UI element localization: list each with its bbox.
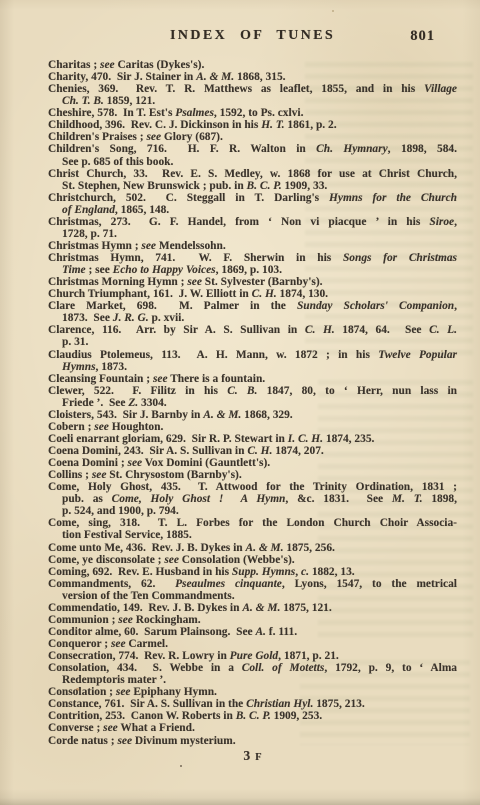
index-entry-line: Collins ; see St. Chrysostom (Barnby's). bbox=[48, 469, 457, 481]
index-entry: Communion ; see Rockingham. bbox=[48, 614, 457, 626]
index-entry-line: Corde natus ; see Divinum mysterium. bbox=[48, 735, 457, 747]
paper-speck bbox=[180, 765, 182, 767]
index-entry: Charity, 470. Sir J. Stainer in A. & M. … bbox=[48, 71, 457, 83]
index-entry-line: Church Triumphant, 161. J. W. Elliott in… bbox=[48, 288, 457, 300]
index-entry-line: Commandments, 62. Pseaulmes cinquante, L… bbox=[48, 578, 457, 590]
index-entry-line: Charity, 470. Sir J. Stainer in A. & M. … bbox=[48, 71, 457, 83]
index-entry: Contrition, 253. Canon W. Roberts in B. … bbox=[48, 710, 457, 722]
index-entry-line: Come, ye disconsolate ; see Consolation … bbox=[48, 554, 457, 566]
index-entry-line: Coeli enarrant gloriam, 629. Sir R. P. S… bbox=[48, 433, 457, 445]
index-entry-line: Cleansing Fountain ; see There is a foun… bbox=[48, 373, 457, 385]
index-entry-line: See p. 685 of this book. bbox=[48, 156, 457, 168]
index-entry: Conditor alme, 60. Sarum Plainsong. See … bbox=[48, 626, 457, 638]
index-entry-line: Conqueror ; see Carmel. bbox=[48, 638, 457, 650]
index-entry: Charitas ; see Caritas (Dykes's). bbox=[48, 59, 457, 71]
index-entry: Christmas, 273. G. F. Handel, from ‘ Non… bbox=[48, 216, 457, 240]
index-entry-line: Friede ’. See Z. 3304. bbox=[48, 397, 457, 409]
index-entry: Corde natus ; see Divinum mysterium. bbox=[48, 735, 457, 747]
index-entry-line: Constance, 761. Sir A. S. Sullivan in th… bbox=[48, 698, 457, 710]
index-entry-line: Consolation, 434. S. Webbe in a Coll. of… bbox=[48, 662, 457, 674]
index-entry-line: Christmas, 273. G. F. Handel, from ‘ Non… bbox=[48, 216, 457, 228]
index-entry: Come unto Me, 436. Rev. J. B. Dykes in A… bbox=[48, 542, 457, 554]
index-entry: Christchurch, 502. C. Steggall in T. Dar… bbox=[48, 192, 457, 216]
index-entry: Collins ; see St. Chrysostom (Barnby's). bbox=[48, 469, 457, 481]
index-entry-line: Cloisters, 543. Sir J. Barnby in A. & M.… bbox=[48, 409, 457, 421]
index-entry: Come, sing, 318. T. L. Forbes for the Lo… bbox=[48, 517, 457, 541]
index-entry: Chenies, 369. Rev. T. R. Matthews as lea… bbox=[48, 83, 457, 107]
index-entry-line: Childhood, 396. Rev. C. J. Dickinson in … bbox=[48, 119, 457, 131]
index-entry-line: Coena Domini ; see Vox Domini (Gauntlett… bbox=[48, 457, 457, 469]
index-entry-line: Time ; see Echo to Happy Voices, 1869, p… bbox=[48, 264, 457, 276]
index-entry-line: of England, 1865, 148. bbox=[48, 204, 457, 216]
index-entry: Children's Song, 716. H. F. R. Walton in… bbox=[48, 143, 457, 167]
index-entry-line: tion Festival Service, 1885. bbox=[48, 529, 457, 541]
index-entry-line: Children's Praises ; see Glory (687). bbox=[48, 131, 457, 143]
index-entry-line: pub. as Come, Holy Ghost ! A Hymn, &c. 1… bbox=[48, 493, 457, 505]
index-entry-line: St. Stephen, New Brunswick ; pub. in B. … bbox=[48, 180, 457, 192]
index-entry-line: Charitas ; see Caritas (Dykes's). bbox=[48, 59, 457, 71]
page-number: 801 bbox=[410, 28, 435, 45]
index-entry: Constance, 761. Sir A. S. Sullivan in th… bbox=[48, 698, 457, 710]
signature-letter: F bbox=[255, 752, 261, 763]
paper-speck bbox=[332, 10, 334, 12]
index-entry-line: Coena Domini, 243. Sir A. S. Sullivan in… bbox=[48, 445, 457, 457]
index-entry: Childhood, 396. Rev. C. J. Dickinson in … bbox=[48, 119, 457, 131]
index-entry: Christmas Hymn ; see Mendelssohn. bbox=[48, 240, 457, 252]
index-entry-line: Communion ; see Rockingham. bbox=[48, 614, 457, 626]
index-entry-line: Consolation ; see Epiphany Hymn. bbox=[48, 686, 457, 698]
page-content: INDEX OF TUNES 801 Charitas ; see Carita… bbox=[48, 28, 457, 58]
index-entry-line: Clewer, 522. F. Filitz in his C. B. 1847… bbox=[48, 385, 457, 397]
index-entry-line: version of the Ten Commandments. bbox=[48, 590, 457, 602]
index-entry: Christmas Morning Hymn ; see St. Sylvest… bbox=[48, 276, 457, 288]
index-entry-line: Christmas Morning Hymn ; see St. Sylvest… bbox=[48, 276, 457, 288]
index-entry: Cleansing Fountain ; see There is a foun… bbox=[48, 373, 457, 385]
index-list: Charitas ; see Caritas (Dykes's).Charity… bbox=[48, 59, 457, 747]
index-entry-line: Christchurch, 502. C. Steggall in T. Dar… bbox=[48, 192, 457, 204]
index-entry-line: Ch. T. B. 1859, 121. bbox=[48, 95, 457, 107]
index-entry: Cheshire, 578. In T. Est's Psalmes, 1592… bbox=[48, 107, 457, 119]
index-entry-line: 1728, p. 71. bbox=[48, 228, 457, 240]
signature-number: 3 bbox=[243, 748, 250, 763]
index-entry-line: Christ Church, 33. Rev. E. S. Medley, w.… bbox=[48, 168, 457, 180]
index-entry: Coeli enarrant gloriam, 629. Sir R. P. S… bbox=[48, 433, 457, 445]
scanned-book-page: { "page": { "header": { "title": "INDEX … bbox=[0, 0, 480, 805]
index-entry: Commandments, 62. Pseaulmes cinquante, L… bbox=[48, 578, 457, 602]
page-title: INDEX OF TUNES bbox=[48, 28, 457, 44]
page-header: INDEX OF TUNES 801 bbox=[48, 28, 457, 58]
index-entry: Clare Market, 698. M. Palmer in the Sund… bbox=[48, 300, 457, 324]
index-entry: Coena Domini ; see Vox Domini (Gauntlett… bbox=[48, 457, 457, 469]
index-entry-line: Clare Market, 698. M. Palmer in the Sund… bbox=[48, 300, 457, 312]
index-entry: Consolation, 434. S. Webbe in a Coll. of… bbox=[48, 662, 457, 686]
index-entry: Coming, 692. Rev. E. Husband in his Supp… bbox=[48, 566, 457, 578]
index-entry-line: Consecration, 774. Rev. R. Lowry in Pure… bbox=[48, 650, 457, 662]
index-entry-line: Contrition, 253. Canon W. Roberts in B. … bbox=[48, 710, 457, 722]
index-entry: Come, Holy Ghost, 435. T. Attwood for th… bbox=[48, 481, 457, 517]
index-entry: Cloisters, 543. Sir J. Barnby in A. & M.… bbox=[48, 409, 457, 421]
index-entry: Coena Domini, 243. Sir A. S. Sullivan in… bbox=[48, 445, 457, 457]
index-entry-line: p. 31. bbox=[48, 336, 457, 348]
index-entry: Converse ; see What a Friend. bbox=[48, 722, 457, 734]
index-entry: Christ Church, 33. Rev. E. S. Medley, w.… bbox=[48, 168, 457, 192]
index-entry-line: Cobern ; see Houghton. bbox=[48, 421, 457, 433]
index-entry: Claudius Ptolemeus, 113. A. H. Mann, w. … bbox=[48, 349, 457, 373]
index-entry-line: Christmas Hymn ; see Mendelssohn. bbox=[48, 240, 457, 252]
index-entry-line: p. 524, and 1900, p. 794. bbox=[48, 505, 457, 517]
index-entry-line: Chenies, 369. Rev. T. R. Matthews as lea… bbox=[48, 83, 457, 95]
index-entry: Clewer, 522. F. Filitz in his C. B. 1847… bbox=[48, 385, 457, 409]
index-entry-line: Conditor alme, 60. Sarum Plainsong. See … bbox=[48, 626, 457, 638]
index-entry: Christmas Hymn, 741. W. F. Sherwin in hi… bbox=[48, 252, 457, 276]
index-entry-line: Claudius Ptolemeus, 113. A. H. Mann, w. … bbox=[48, 349, 457, 361]
index-entry-line: Hymns, 1873. bbox=[48, 361, 457, 373]
index-entry-line: 1873. See J. R. G. p. xvii. bbox=[48, 312, 457, 324]
index-entry-line: Come unto Me, 436. Rev. J. B. Dykes in A… bbox=[48, 542, 457, 554]
index-entry-line: Converse ; see What a Friend. bbox=[48, 722, 457, 734]
index-entry-line: Commendatio, 149. Rev. J. B. Dykes in A.… bbox=[48, 602, 457, 614]
index-entry: Church Triumphant, 161. J. W. Elliott in… bbox=[48, 288, 457, 300]
index-entry: Children's Praises ; see Glory (687). bbox=[48, 131, 457, 143]
index-entry: Come, ye disconsolate ; see Consolation … bbox=[48, 554, 457, 566]
index-entry-line: Coming, 692. Rev. E. Husband in his Supp… bbox=[48, 566, 457, 578]
index-entry: Conqueror ; see Carmel. bbox=[48, 638, 457, 650]
index-entry: Clarence, 116. Arr. by Sir A. S. Sulliva… bbox=[48, 324, 457, 348]
index-entry-line: Clarence, 116. Arr. by Sir A. S. Sulliva… bbox=[48, 324, 457, 336]
index-entry-line: Redemptoris mater ’. bbox=[48, 674, 457, 686]
index-entry: Consecration, 774. Rev. R. Lowry in Pure… bbox=[48, 650, 457, 662]
index-entry-line: Come, Holy Ghost, 435. T. Attwood for th… bbox=[48, 481, 457, 493]
index-entry-line: Christmas Hymn, 741. W. F. Sherwin in hi… bbox=[48, 252, 457, 264]
index-entry: Cobern ; see Houghton. bbox=[48, 421, 457, 433]
index-entry: Commendatio, 149. Rev. J. B. Dykes in A.… bbox=[48, 602, 457, 614]
printers-signature: 3F bbox=[48, 747, 457, 765]
index-entry-line: Cheshire, 578. In T. Est's Psalmes, 1592… bbox=[48, 107, 457, 119]
index-entry-line: Children's Song, 716. H. F. R. Walton in… bbox=[48, 143, 457, 155]
index-entry-line: Come, sing, 318. T. L. Forbes for the Lo… bbox=[48, 517, 457, 529]
index-entry: Consolation ; see Epiphany Hymn. bbox=[48, 686, 457, 698]
